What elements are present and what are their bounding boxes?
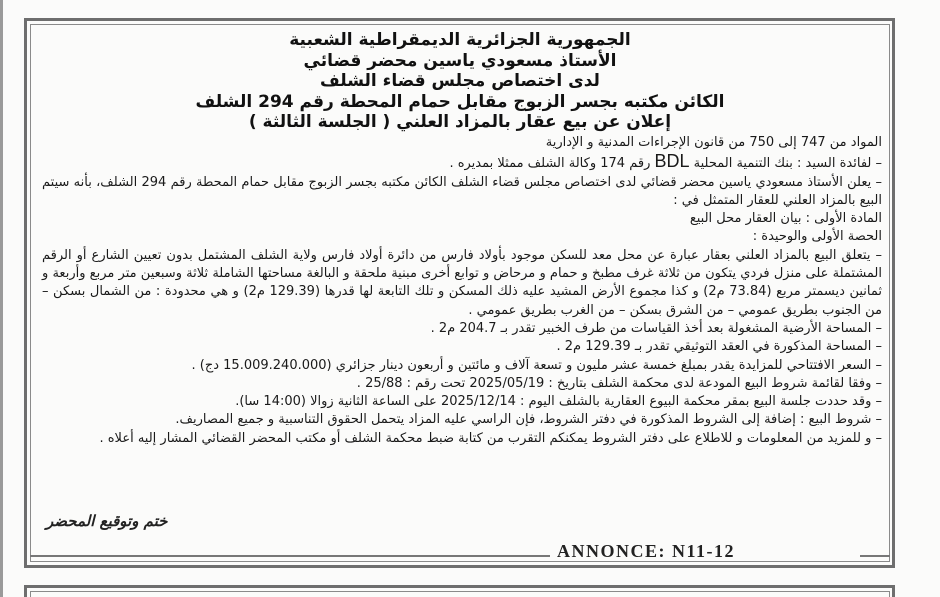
signature-label: ختم وتوقيع المحضر (46, 512, 167, 530)
notice-body: المواد من 747 إلى 750 من قانون الإجراءات… (42, 134, 882, 448)
conditions-list: – وفقا لقائمة شروط البيع المودعة لدى محك… (42, 375, 882, 393)
deed-area: – المساحة المذكورة في العقد التوثيقي تقد… (42, 338, 882, 356)
beneficiary-line: – لفائدة السيد : بنك التنمية المحلية BDL… (42, 152, 882, 173)
annonce-rule-left (30, 555, 550, 557)
beneficiary-suffix: رقم 174 وكالة الشلف ممثلا بمديره . (449, 156, 654, 171)
occupied-area: – المساحة الأرضية المشغولة بعد أخذ القيا… (42, 320, 882, 338)
annonce-reference: ANNONCE: N11-12 (557, 541, 735, 562)
page-edge (0, 0, 3, 597)
sale-terms: – شروط البيع : إضافة إلى الشروط المذكورة… (42, 411, 882, 429)
more-info: – و للمزيد من المعلومات و للاطلاع على دف… (42, 430, 882, 448)
header-republic: الجمهورية الجزائرية الديمقراطية الشعبية (40, 30, 880, 51)
header-office-address: الكائن مكتبه بجسر الزبوج مقابل حمام المح… (40, 92, 880, 113)
property-description: – يتعلق البيع بالمزاد العلني بعقار عبارة… (42, 247, 882, 320)
articles-reference: المواد من 747 إلى 750 من قانون الإجراءات… (42, 134, 882, 152)
opening-price: – السعر الافتتاحي للمزايدة يقدر بمبلغ خم… (42, 357, 882, 375)
announcement-paragraph: – يعلن الأستاذ مسعودي ياسين محضر قضائي ل… (42, 174, 882, 211)
lot-title: الحصة الأولى والوحيدة : (42, 228, 882, 246)
beneficiary-prefix: – لفائدة السيد : بنك التنمية المحلية (690, 156, 882, 171)
notice-header: الجمهورية الجزائرية الديمقراطية الشعبية … (40, 30, 880, 133)
annonce-rule-right (860, 555, 890, 557)
next-notice-frame-inner (30, 591, 890, 597)
header-notice-title: إعلان عن بيع عقار بالمزاد العلني ( الجلس… (40, 112, 880, 133)
header-bailiff-name: الأستاذ مسعودي ياسين محضر قضائي (40, 51, 880, 72)
header-jurisdiction: لدى اختصاص مجلس قضاء الشلف (40, 71, 880, 92)
article-one-heading: المادة الأولى : بيان العقار محل البيع (42, 210, 882, 228)
bank-code: BDL (655, 151, 690, 171)
session-date: – وقد حددت جلسة البيع بمقر محكمة البيوع … (42, 393, 882, 411)
